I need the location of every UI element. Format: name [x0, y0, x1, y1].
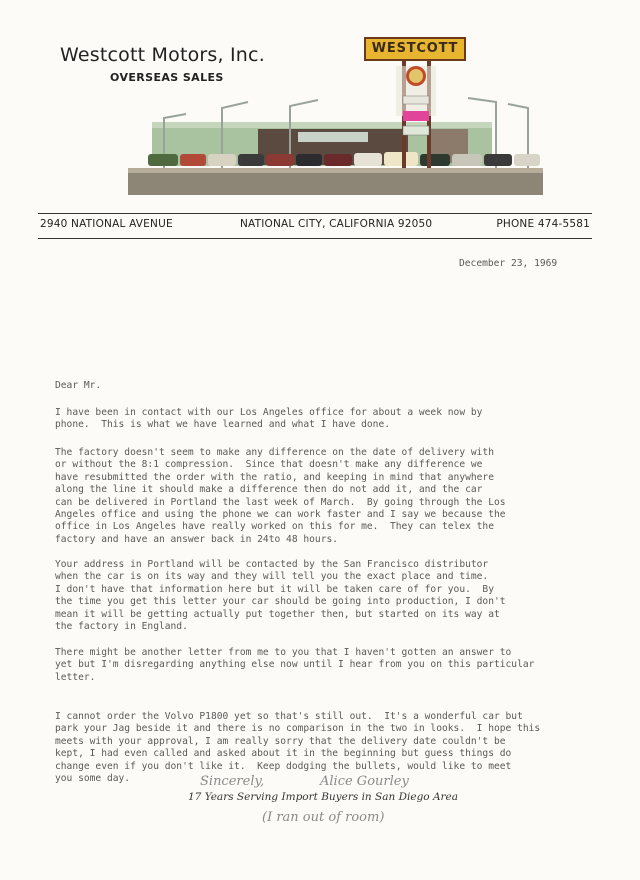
street-address: 2940 NATIONAL AVENUE	[40, 218, 173, 230]
signature: Alice Gourley	[320, 774, 409, 789]
closing: Sincerely,	[200, 774, 264, 789]
salutation: Dear Mr.	[55, 380, 101, 392]
company-tagline: 17 Years Serving Import Buyers in San Di…	[188, 791, 458, 803]
phone-number: PHONE 474-5581	[496, 218, 590, 230]
postscript-note: (I ran out of room)	[262, 810, 384, 825]
address-bar: 2940 NATIONAL AVENUE NATIONAL CITY, CALI…	[38, 213, 592, 239]
paragraph-2: The factory doesn't seem to make any dif…	[55, 447, 506, 546]
paragraph-1: I have been in contact with our Los Ange…	[55, 407, 482, 432]
letter-page: Westcott Motors, Inc. OVERSEAS SALES	[0, 0, 640, 880]
paragraph-5: I cannot order the Volvo P1800 yet so th…	[55, 711, 540, 785]
paragraph-3: Your address in Portland will be contact…	[55, 559, 506, 633]
paragraph-4: There might be another letter from me to…	[55, 647, 534, 684]
letter-date: December 23, 1969	[459, 258, 557, 270]
city-state-zip: NATIONAL CITY, CALIFORNIA 92050	[240, 218, 432, 230]
westcott-sign-text: WESTCOTT	[365, 41, 465, 56]
dealership-photo	[128, 36, 543, 196]
